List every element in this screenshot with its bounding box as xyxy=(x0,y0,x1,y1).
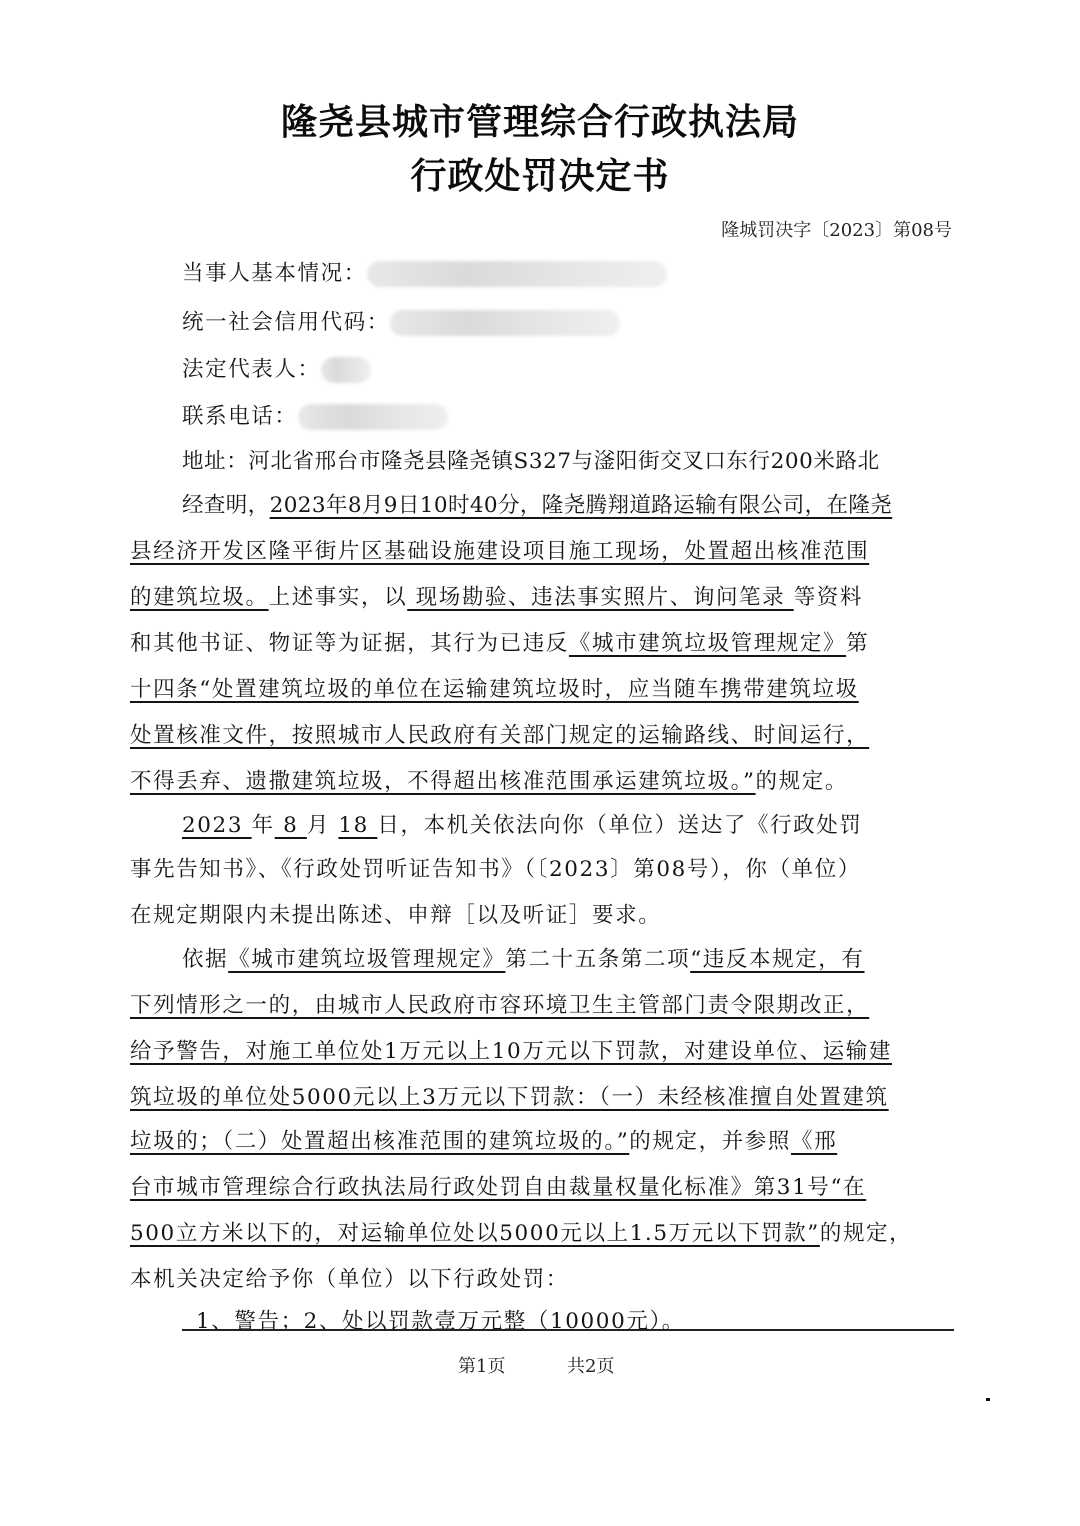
page-total: 共2页 xyxy=(567,1352,614,1378)
page-number: 第1页 xyxy=(458,1352,505,1378)
notice-line-3: 在规定期限内未提出陈述、申辩［以及听证］要求。 xyxy=(130,898,661,929)
facts-line-3: 的建筑垃圾。上述事实，以 现场勘验、违法事实照片、询问笔录 等资料 xyxy=(130,580,863,611)
party-basic-info: 当事人基本情况： xyxy=(182,256,667,287)
basis-line-4: 筑垃圾的单位处5000元以上3万元以下罚款：（一）未经核准擅自处置建筑 xyxy=(130,1080,889,1111)
party-basic-info-label: 当事人基本情况： xyxy=(182,261,367,286)
basis-line-3: 给予警告，对施工单位处1万元以上10万元以下罚款，对建设单位、运输建 xyxy=(130,1034,892,1065)
facts-line-5: 十四条“处置建筑垃圾的单位在运输建筑垃圾时，应当随车携带建筑垃圾 xyxy=(130,672,859,703)
document-type-title: 行政处罚决定书 xyxy=(0,148,1080,199)
facts-line-4: 和其他书证、物证等为证据，其行为已违反《城市建筑垃圾管理规定》第 xyxy=(130,626,869,657)
basis-line-7: 500立方米以下的，对运输单位处以5000元以上1.5万元以下罚款”的规定， xyxy=(130,1216,912,1247)
basis-line-6: 台市城市管理综合行政执法局行政处罚自由裁量权量化标准》第31号“在 xyxy=(130,1170,866,1201)
penalty-underline xyxy=(182,1329,954,1331)
party-credit-code: 统一社会信用代码： xyxy=(182,305,620,336)
facts-line-1: 经查明，2023年8月9日10时40分，隆尧腾翔道路运输有限公司，在隆尧 xyxy=(182,488,892,519)
party-legal-rep: 法定代表人： xyxy=(182,352,371,383)
phone-label: 联系电话： xyxy=(182,404,298,429)
facts-line-2: 县经济开发区隆平街片区基础设施建设项目施工现场，处置超出核准范围 xyxy=(130,534,869,565)
document-number: 隆城罚决字〔2023〕第08号 xyxy=(721,216,952,242)
basis-line-2: 下列情形之一的，由城市人民政府市容环境卫生主管部门责令限期改正， xyxy=(130,988,869,1019)
party-address: 地址：河北省邢台市隆尧县隆尧镇S327与滏阳街交叉口东行200米路北 xyxy=(182,444,880,475)
facts-line-6: 处置核准文件，按照城市人民政府有关部门规定的运输路线、时间运行， xyxy=(130,718,869,749)
redacted-legal-rep xyxy=(321,357,371,383)
credit-code-label: 统一社会信用代码： xyxy=(182,310,390,335)
redacted-party-name xyxy=(367,261,667,287)
redacted-phone xyxy=(298,404,448,430)
basis-line-5: 垃圾的；（二）处置超出核准范围的建筑垃圾的。”的规定，并参照《邢 xyxy=(130,1124,837,1155)
basis-line-8: 本机关决定给予你（单位）以下行政处罚： xyxy=(130,1262,569,1293)
legal-rep-label: 法定代表人： xyxy=(182,357,321,382)
basis-line-1: 依据《城市建筑垃圾管理规定》第二十五条第二项“违反本规定，有 xyxy=(182,942,865,973)
party-phone: 联系电话： xyxy=(182,399,448,430)
facts-line-7: 不得丢弃、遗撒建筑垃圾，不得超出核准范围承运建筑垃圾。”的规定。 xyxy=(130,764,848,795)
notice-line-1: 2023 年 8 月 18 日，本机关依法向你（单位）送达了《行政处罚 xyxy=(182,808,862,839)
notice-line-2: 事先告知书》、《行政处罚听证告知书》（〔2023〕第08号），你（单位） xyxy=(130,852,861,883)
agency-title: 隆尧县城市管理综合行政执法局 xyxy=(0,94,1080,145)
scan-speck xyxy=(986,1398,990,1401)
redacted-credit-code xyxy=(390,310,620,336)
